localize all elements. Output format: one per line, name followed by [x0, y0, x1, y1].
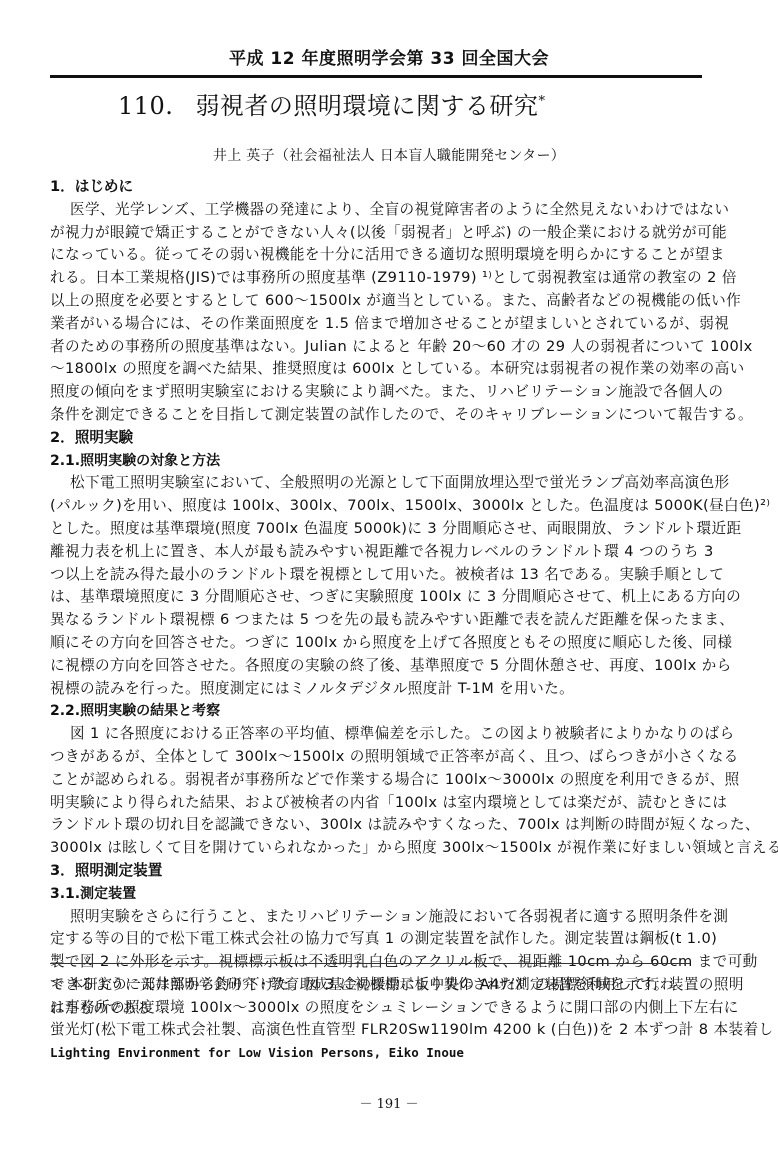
conference-header: 平成 12 年度照明学会第 33 回全国大会 — [0, 44, 778, 69]
section-heading-1: 1．はじめに — [50, 176, 710, 199]
paragraph-line: 順にその方向を回答させた。つぎに 100lx から照度を上げて各照度ともその照度… — [50, 632, 710, 655]
paragraph-line: 松下電工照明実験室において、全般照明の光源として下面開放埋込型で蛍光ランプ高効率… — [50, 472, 710, 495]
paragraph-line: 視標の読みを行った。照度測定にはミノルタデジタル照度計 T-1M を用いた。 — [50, 678, 710, 701]
paragraph-line: ～1800lx の照度を調べた結果、推奨照度は 600lx としている。本研究は… — [50, 358, 710, 381]
paragraph-line: 3000lx は眩しくて目を開けていられなかった」から照度 300lx～1500… — [50, 837, 710, 860]
footnote-rule — [50, 963, 690, 964]
paragraph-line: ことが認められる。弱視者が事務所などで作業する場合に 100lx～3000lx … — [50, 769, 710, 792]
paragraph-line: 蛍光灯(松下電工株式会社製、高演色性直管型 FLR20Sw1190lm 4200… — [50, 1019, 710, 1042]
paragraph-line: 以上の照度を必要とするとして 600～1500lx が適当としている。また、高齢… — [50, 290, 710, 313]
author-affiliation: 井上 英子（社会福祉法人 日本盲人職能開発センター） — [0, 145, 778, 165]
subsection-heading-2-2: 2.2.照明実験の結果と考察 — [50, 700, 710, 723]
paragraph-line: になっている。従ってその弱い視機能を十分に活用できる適切な照明環境を明らかにする… — [50, 244, 710, 267]
paper-body: 1．はじめに 医学、光学レンズ、工学機器の発達により、全盲の視覚障害者のように全… — [50, 176, 710, 1065]
paper-page: 平成 12 年度照明学会第 33 回全国大会 110.弱視者の照明環境に関する研… — [0, 0, 778, 1150]
paragraph-line: 明実験により得られた結果、および被検者の内省「100lx は室内環境としては楽だ… — [50, 792, 710, 815]
paper-title: 110.弱視者の照明環境に関する研究* — [118, 86, 545, 121]
header-rule — [50, 75, 702, 78]
paragraph-line: つ以上を読み得た最小のランドルト環を視標として用いた。被検者は 13 名である。… — [50, 564, 710, 587]
footnote-line: ＊ 本研究の一部は照明学会研究・教育助成基金の援助により製作された測定装置を利用… — [50, 973, 730, 997]
paragraph-line: ランドルト環の切れ目を認識できない、300lx は読みやすくなった、700lx … — [50, 814, 710, 837]
paragraph-line: 者のための事務所の照度基準はない。Julian によると 年齢 20～60 才の… — [50, 336, 710, 359]
paragraph-line: は、基準環境照度に 3 分間順応させ、つぎに実験照度 100lx に 3 分間順… — [50, 586, 710, 609]
paragraph-line: 離視力表を机上に置き、本人が最も読みやすい視距離で各視力レベルのランドルト環 4… — [50, 541, 710, 564]
paragraph-line: 業者がいる場合には、その作業面照度を 1.5 倍まで増加させることが望ましいとさ… — [50, 313, 710, 336]
page-number: － 191 － — [0, 1093, 778, 1112]
paragraph-line: 照度の傾向をまず照明実験室における実験により調べた。また、リハビリテーション施設… — [50, 381, 710, 404]
paragraph-line: 医学、光学レンズ、工学機器の発達により、全盲の視覚障害者のように全然見えないわけ… — [50, 199, 710, 222]
paragraph-line: が視力が眼鏡で矯正することができない人々(以後「弱視者」と呼ぶ) の一般企業にお… — [50, 222, 710, 245]
subsection-heading-3-1: 3.1.測定装置 — [50, 883, 710, 906]
paragraph-line: に視標の方向を回答させた。各照度の実験の終了後、基準照度で 5 分間休憩させ、再… — [50, 655, 710, 678]
paragraph-line: 定する等の目的で松下電工株式会社の協力で写真 1 の測定装置を試作した。測定装置… — [50, 928, 710, 951]
paragraph-line: 異なるランドルト環視標 6 つまたは 5 つを先の最も読みやすい距離で表を読んだ… — [50, 609, 710, 632]
paragraph-line: れる。日本工業規格(JIS)では事務所の照度基準 (Z9110-1979) ¹⁾… — [50, 267, 710, 290]
footnote: ＊ 本研究の一部は照明学会研究・教育助成基金の援助により製作された測定装置を利用… — [50, 973, 730, 1021]
paragraph-line: 条件を測定できることを目指して測定装置の試作したので、そのキャリブレーションにつ… — [50, 404, 710, 427]
paragraph-line: 図 1 に各照度における正答率の平均値、標準偏差を示した。この図より被験者により… — [50, 723, 710, 746]
paper-title-text: 弱視者の照明環境に関する研究 — [195, 92, 538, 120]
english-title-line: Lighting Environment for Low Vision Pers… — [50, 1042, 710, 1065]
paragraph-line: 照明実験をさらに行うこと、またリハビリテーション施設において各弱視者に適する照明… — [50, 906, 710, 929]
paper-number: 110. — [118, 92, 173, 120]
footnote-line: れたものである — [50, 997, 730, 1021]
paragraph-line: とした。照度は基準環境(照度 700lx 色温度 5000k)に 3 分間順応さ… — [50, 518, 710, 541]
section-heading-3: 3．照明測定装置 — [50, 860, 710, 883]
paragraph-line: つきがあるが、全体として 300lx～1500lx の照明領域で正答率が高く、且… — [50, 746, 710, 769]
subsection-heading-2-1: 2.1.照明実験の対象と方法 — [50, 450, 710, 473]
paragraph-line: (パルック)を用い、照度は 100lx、300lx、700lx、1500lx、3… — [50, 495, 710, 518]
section-heading-2: 2．照明実験 — [50, 427, 710, 450]
title-footnote-mark: * — [538, 94, 545, 109]
